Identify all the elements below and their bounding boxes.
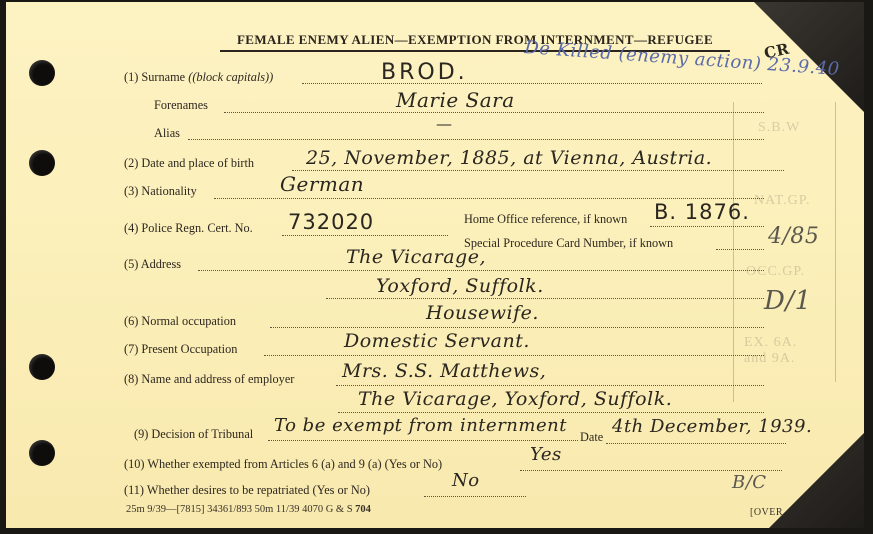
alien-registration-card: FEMALE ENEMY ALIEN—EXEMPTION FROM INTERN… (6, 2, 864, 528)
address-line-1 (198, 270, 764, 271)
address-label: (5) Address (124, 257, 181, 272)
birth-value: 25, November, 1885, at Vienna, Austria. (306, 147, 712, 169)
address-value-2: Yoxford, Suffolk. (376, 275, 544, 297)
alias-line (188, 139, 764, 140)
normal-occupation-line (270, 327, 764, 328)
employer-value-2: The Vicarage, Yoxford, Suffolk. (358, 388, 672, 410)
police-cert-line (282, 235, 448, 236)
special-card-value: 4/85 (768, 224, 819, 249)
exempted-label: (10) Whether exempted from Articles 6 (a… (124, 457, 442, 472)
stamp-sbw: S.B.W (758, 120, 800, 136)
employer-line-2 (338, 412, 764, 413)
employer-value-1: Mrs. S.S. Matthews, (342, 360, 546, 382)
stamp-and-9a: and 9A. (744, 351, 795, 367)
margin-rule (835, 102, 836, 382)
nationality-value: German (280, 172, 364, 196)
alias-value: — (436, 114, 453, 133)
tribunal-date-value: 4th December, 1939. (612, 416, 812, 437)
home-office-ref-label: Home Office reference, if known (464, 212, 627, 227)
over-label: [OVER (750, 507, 783, 518)
birth-line (292, 170, 784, 171)
punch-hole (29, 150, 55, 176)
birth-label: (2) Date and place of birth (124, 156, 254, 171)
repatriated-value: No (452, 470, 480, 491)
special-card-label: Special Procedure Card Number, if known (464, 236, 673, 251)
stamp-nat-gp: NAT.GP. (754, 193, 811, 209)
tribunal-date-line (606, 443, 786, 444)
print-code: 25m 9/39—[7815] 34361/893 50m 11/39 4070… (126, 504, 371, 515)
tribunal-value: To be exempt from internment (274, 415, 567, 436)
punch-hole (29, 60, 55, 86)
repatriated-label: (11) Whether desires to be repatriated (… (124, 483, 370, 498)
surname-value: BROD. (381, 60, 468, 85)
nationality-label: (3) Nationality (124, 184, 197, 199)
stamp-occ-gp: OCC.GP. (746, 264, 805, 280)
stamp-ex-6a: EX. 6A. (744, 335, 797, 351)
employer-label: (8) Name and address of employer (124, 372, 294, 387)
present-occupation-label: (7) Present Occupation (124, 342, 237, 357)
margin-rule (733, 102, 734, 402)
police-cert-label: (4) Police Regn. Cert. No. (124, 221, 253, 236)
punch-hole (29, 354, 55, 380)
forenames-value: Marie Sara (396, 88, 515, 112)
tribunal-line (268, 440, 578, 441)
nationality-line (214, 198, 764, 199)
forenames-line (224, 112, 764, 113)
card-corner-bottom-right (769, 433, 864, 528)
tribunal-date-label: Date (580, 430, 603, 445)
special-card-line (716, 249, 764, 250)
employer-line-1 (336, 385, 764, 386)
address-line-2 (326, 298, 764, 299)
punch-hole (29, 440, 55, 466)
exempted-value: Yes (530, 444, 562, 465)
repatriated-line (424, 496, 526, 497)
home-office-ref-line (650, 226, 764, 227)
surname-line (302, 83, 762, 84)
tribunal-label: (9) Decision of Tribunal (134, 427, 253, 442)
normal-occupation-label: (6) Normal occupation (124, 314, 236, 329)
present-occupation-line (264, 355, 764, 356)
police-cert-value: 732020 (288, 210, 374, 234)
exempted-line (520, 470, 782, 471)
present-occupation-value: Domestic Servant. (344, 330, 530, 352)
annotation-bc: B/C (732, 472, 767, 493)
alias-label: Alias (154, 126, 180, 141)
occ-gp-mark: D/1 (764, 286, 812, 316)
normal-occupation-value: Housewife. (426, 302, 539, 324)
forenames-label: Forenames (154, 98, 208, 113)
address-value-1: The Vicarage, (346, 246, 486, 268)
home-office-ref-value: B. 1876. (654, 200, 750, 224)
surname-label: (1) Surname ((block capitals)) (124, 70, 273, 85)
